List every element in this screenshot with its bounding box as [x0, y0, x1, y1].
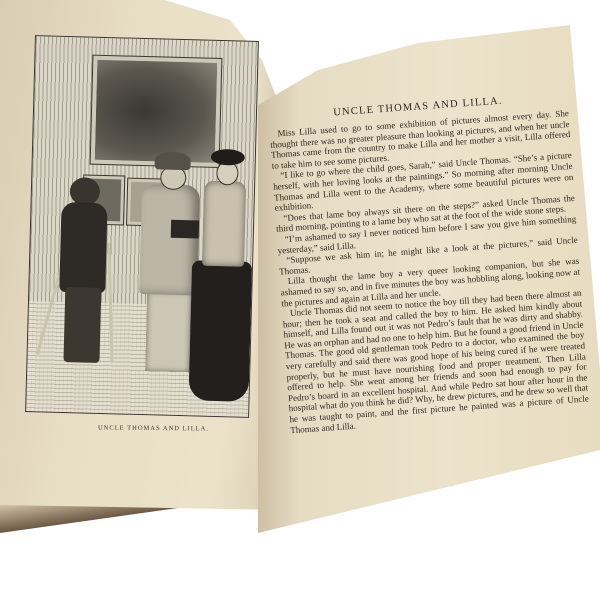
lilla-figure	[202, 181, 246, 267]
hat	[155, 151, 191, 170]
engraving-illustration	[25, 35, 259, 418]
illustration-caption: UNCLE THOMAS AND LILLA.	[98, 425, 209, 433]
carried-book	[171, 220, 199, 239]
photo-scene: UNCLE THOMAS AND LILLA. UNCLE THOMAS AND…	[0, 0, 600, 600]
man-figure-legs	[145, 291, 191, 372]
large-painting-frame	[91, 56, 222, 167]
right-page-text: UNCLE THOMAS AND LILLA. Miss Lilla used …	[268, 91, 590, 435]
boy-figure-legs	[63, 287, 101, 363]
boy-figure	[59, 202, 107, 293]
paragraph: Uncle Thomas did not seem to notice the …	[282, 288, 590, 436]
lilla-figure-skirt	[188, 260, 252, 402]
